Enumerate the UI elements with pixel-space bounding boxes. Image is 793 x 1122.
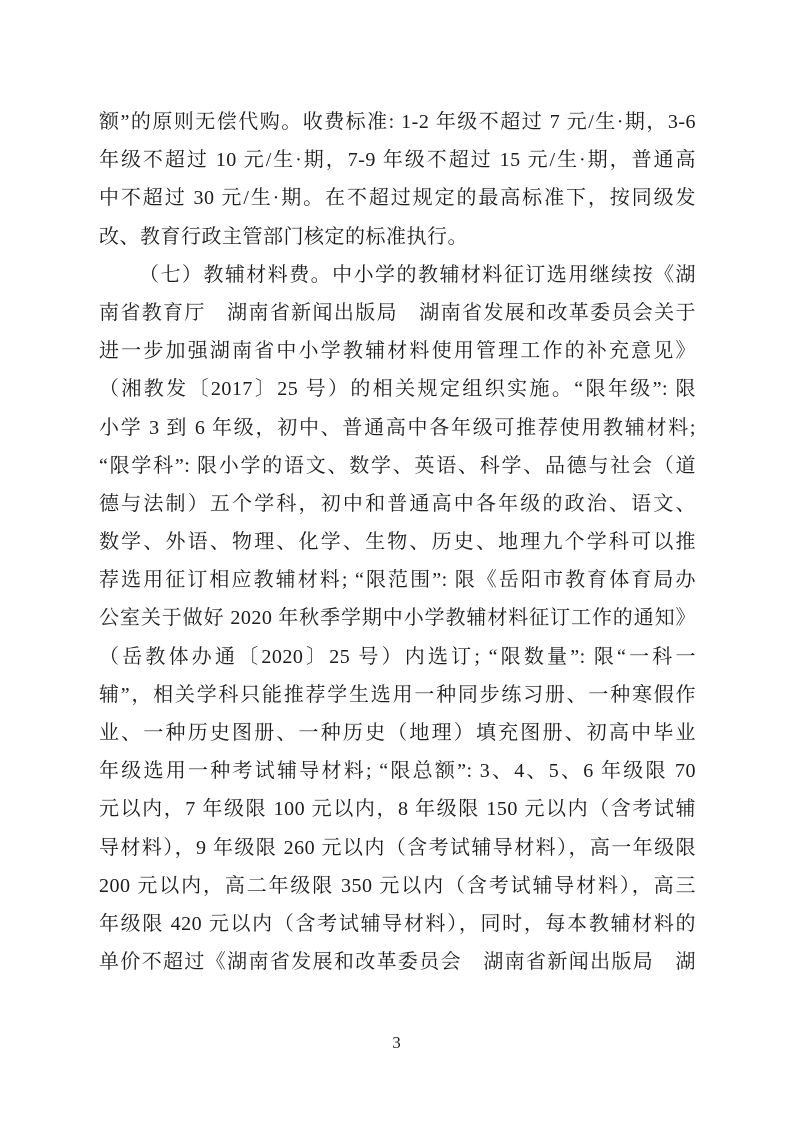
- text-line: 元以内，7 年级限 100 元以内，8 年级限 150 元以内（含考试辅: [99, 790, 696, 828]
- text-line: 南省教育厅 湖南省新闻出版局 湖南省发展和改革委员会关于: [99, 294, 696, 332]
- text-line: 年级选用一种考试辅导材料; “限总额”: 3、4、5、6 年级限 70: [99, 752, 696, 790]
- text-line: 年级不超过 10 元/生·期，7-9 年级不超过 15 元/生·期，普通高: [99, 141, 696, 179]
- document-page: 额”的原则无偿代购。收费标准: 1-2 年级不超过 7 元/生·期，3-6 年级…: [0, 0, 793, 1122]
- text-line: “限学科”: 限小学的语文、数学、英语、科学、品德与社会（道: [99, 447, 696, 485]
- text-line: 公室关于做好 2020 年秋季学期中小学教辅材料征订工作的通知》: [99, 599, 696, 637]
- text-line: 导材料），9 年级限 260 元以内（含考试辅导材料），高一年级限: [99, 829, 696, 867]
- page-number: 3: [0, 1033, 793, 1053]
- text-line: 数学、外语、物理、化学、生物、历史、地理九个学科可以推: [99, 523, 696, 561]
- text-line: （七）教辅材料费。中小学的教辅材料征订选用继续按《湖: [99, 256, 696, 294]
- text-line: 荐选用征订相应教辅材料; “限范围”: 限《岳阳市教育体育局办: [99, 561, 696, 599]
- text-line: 辅”，相关学科只能推荐学生选用一种同步练习册、一种寒假作: [99, 676, 696, 714]
- document-body-text: 额”的原则无偿代购。收费标准: 1-2 年级不超过 7 元/生·期，3-6 年级…: [99, 103, 696, 981]
- text-line: 中不超过 30 元/生·期。在不超过规定的最高标准下，按同级发: [99, 179, 696, 217]
- text-line: 小学 3 到 6 年级，初中、普通高中各年级可推荐使用教辅材料;: [99, 409, 696, 447]
- text-line: 单价不超过《湖南省发展和改革委员会 湖南省新闻出版局 湖: [99, 943, 696, 981]
- text-line: 200 元以内，高二年级限 350 元以内（含考试辅导材料），高三: [99, 867, 696, 905]
- text-line: 德与法制）五个学科，初中和普通高中各年级的政治、语文、: [99, 485, 696, 523]
- text-line: 改、教育行政主管部门核定的标准执行。: [99, 218, 696, 256]
- text-line: （湘教发〔2017〕25 号）的相关规定组织实施。“限年级”: 限: [99, 370, 696, 408]
- text-line: 额”的原则无偿代购。收费标准: 1-2 年级不超过 7 元/生·期，3-6: [99, 103, 696, 141]
- text-line: （岳教体办通〔2020〕25 号）内选订; “限数量”: 限“一科一: [99, 638, 696, 676]
- text-line: 进一步加强湖南省中小学教辅材料使用管理工作的补充意见》: [99, 332, 696, 370]
- text-line: 业、一种历史图册、一种历史（地理）填充图册、初高中毕业: [99, 714, 696, 752]
- text-line: 年级限 420 元以内（含考试辅导材料），同时，每本教辅材料的: [99, 905, 696, 943]
